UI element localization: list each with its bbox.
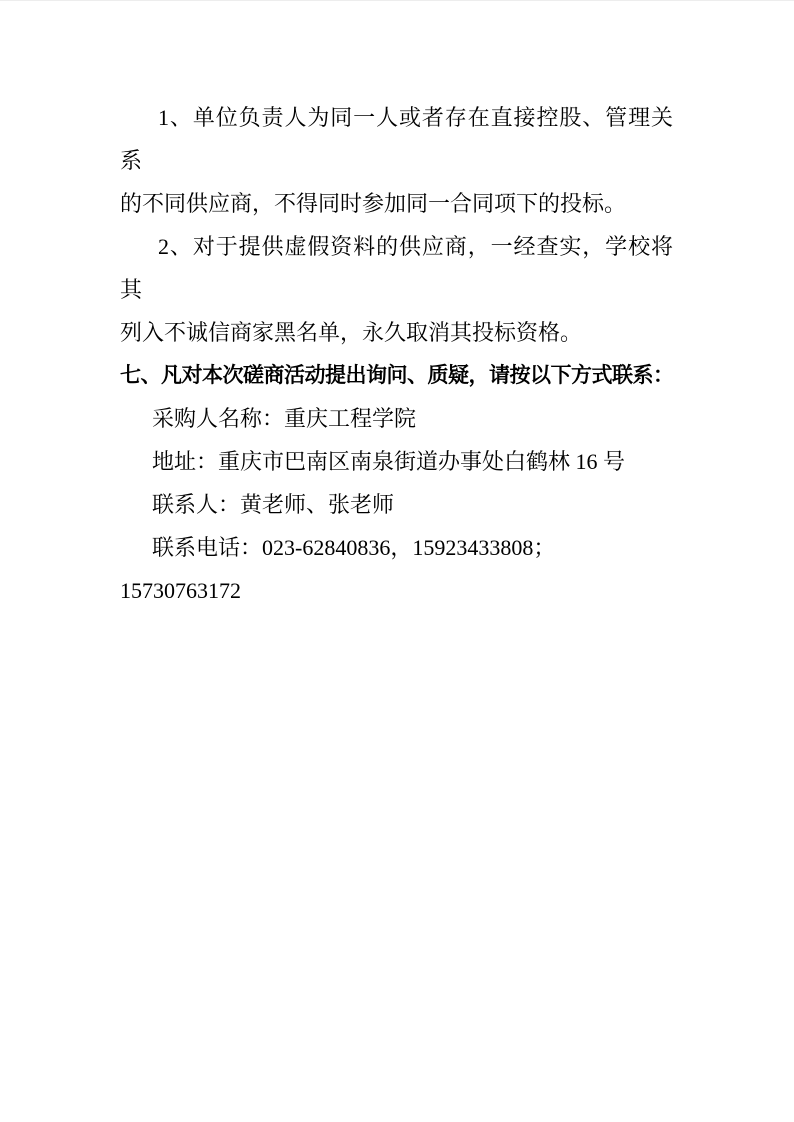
document-page: 1、单位负责人为同一人或者存在直接控股、管理关系 的不同供应商，不得同时参加同一… <box>0 0 794 1122</box>
document-content: 1、单位负责人为同一人或者存在直接控股、管理关系 的不同供应商，不得同时参加同一… <box>120 96 673 612</box>
contact-phone: 联系电话：023-62840836，15923433808；1573076317… <box>120 526 673 612</box>
clause-1-line-1: 1、单位负责人为同一人或者存在直接控股、管理关系 <box>120 96 673 182</box>
contact-purchaser-name: 采购人名称：重庆工程学院 <box>120 397 673 440</box>
clause-1-line-2: 的不同供应商，不得同时参加同一合同项下的投标。 <box>120 182 673 225</box>
contact-person: 联系人：黄老师、张老师 <box>120 483 673 526</box>
clause-2-line-1: 2、对于提供虚假资料的供应商，一经查实，学校将其 <box>120 225 673 311</box>
contact-address: 地址：重庆市巴南区南泉街道办事处白鹤林 16 号 <box>120 440 673 483</box>
section-heading-contact: 七、凡对本次磋商活动提出询问、质疑，请按以下方式联系： <box>120 354 673 397</box>
clause-2-line-2: 列入不诚信商家黑名单，永久取消其投标资格。 <box>120 311 673 354</box>
